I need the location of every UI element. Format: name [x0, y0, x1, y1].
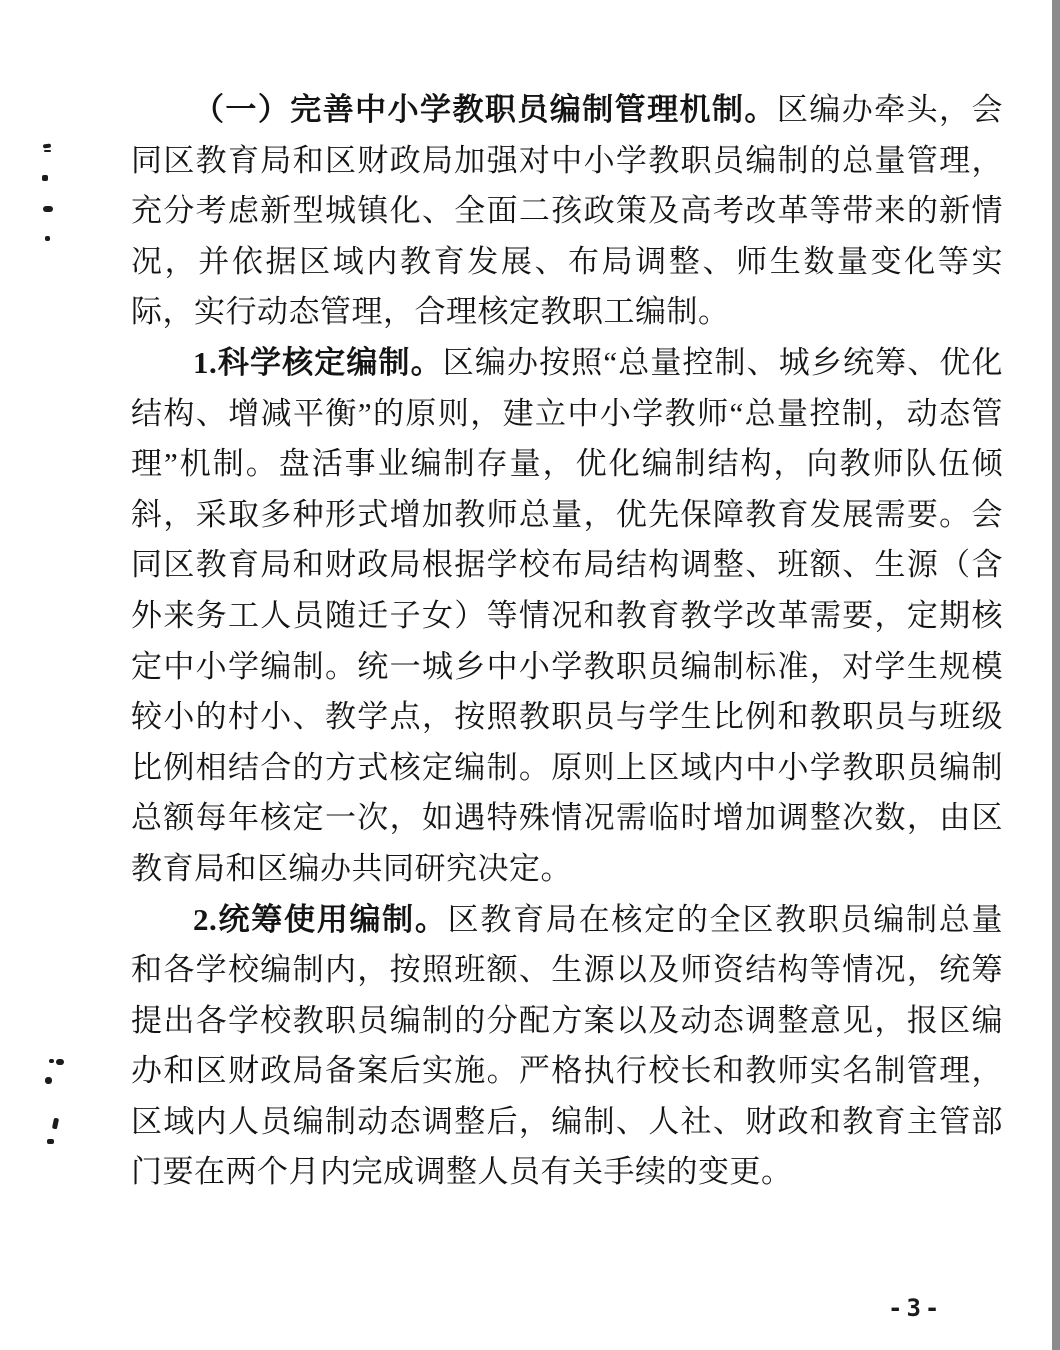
scan-speck	[44, 150, 51, 152]
paragraph-lead: 2.统筹使用编制。	[193, 902, 448, 937]
paragraph-body: 区编办按照“总量控制、城乡统筹、优化结构、增减平衡”的原则，建立中小学教师“总量…	[131, 345, 1003, 886]
paragraph-section-1: （一）完善中小学教职员编制管理机制。区编办牵头，会同区教育局和区财政局加强对中小…	[131, 85, 1003, 338]
scan-speck	[43, 143, 51, 148]
scan-speck	[45, 1077, 52, 1084]
scan-speck	[56, 1059, 64, 1065]
paragraph-item-2: 2.统筹使用编制。区教育局在核定的全区教职员编制总量和各学校编制内，按照班额、生…	[131, 895, 1003, 1199]
document-body: （一）完善中小学教职员编制管理机制。区编办牵头，会同区教育局和区财政局加强对中小…	[131, 85, 1003, 1198]
paragraph-lead: 1.科学核定编制。	[193, 345, 443, 380]
scan-speck	[47, 1139, 54, 1144]
paragraph-lead: （一）完善中小学教职员编制管理机制。	[193, 92, 777, 127]
paragraph-item-1: 1.科学核定编制。区编办按照“总量控制、城乡统筹、优化结构、增减平衡”的原则，建…	[131, 338, 1003, 895]
scan-edge-strip	[1052, 0, 1060, 1350]
paragraph-body: 区教育局在核定的全区教职员编制总量和各学校编制内，按照班额、生源以及师资结构等情…	[131, 902, 1003, 1190]
scan-speck	[49, 1059, 54, 1063]
page-number: -3-	[888, 1294, 943, 1322]
scan-speck	[43, 206, 53, 212]
scan-speck	[42, 175, 48, 181]
paragraph-body: 区编办牵头，会同区教育局和区财政局加强对中小学教职员编制的总量管理，充分考虑新型…	[131, 92, 1003, 329]
document-page: （一）完善中小学教职员编制管理机制。区编办牵头，会同区教育局和区财政局加强对中小…	[0, 0, 1060, 1350]
scan-speck	[45, 236, 50, 241]
scan-speck	[52, 1118, 59, 1130]
